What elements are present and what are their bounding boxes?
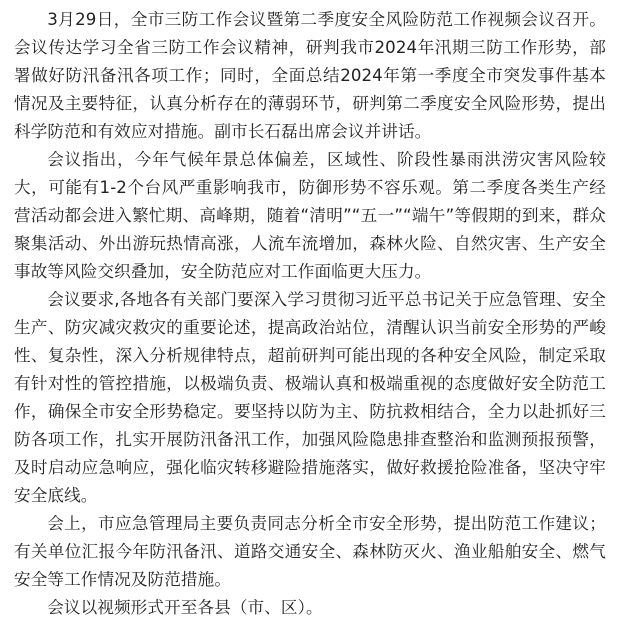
article-body: 3月29日，全市三防工作会议暨第二季度安全风险防范工作视频会议召开。会议传达学习… xyxy=(14,6,606,622)
paragraph-meeting-summary: 3月29日，全市三防工作会议暨第二季度安全风险防范工作视频会议召开。会议传达学习… xyxy=(14,6,606,146)
paragraph-meeting-requirements: 会议要求,各地各有关部门要深入学习贯彻习近平总书记关于应急管理、安全生产、防灾减… xyxy=(14,286,606,510)
paragraph-video-format: 会议以视频形式开至各县（市、区）。 xyxy=(14,594,606,622)
paragraph-meeting-findings: 会议指出，今年气候年景总体偏差，区域性、阶段性暴雨洪涝灾害风险较大，可能有1-2… xyxy=(14,146,606,286)
paragraph-reports: 会上，市应急管理局主要负责同志分析全市安全形势，提出防范工作建议；有关单位汇报今… xyxy=(14,510,606,594)
